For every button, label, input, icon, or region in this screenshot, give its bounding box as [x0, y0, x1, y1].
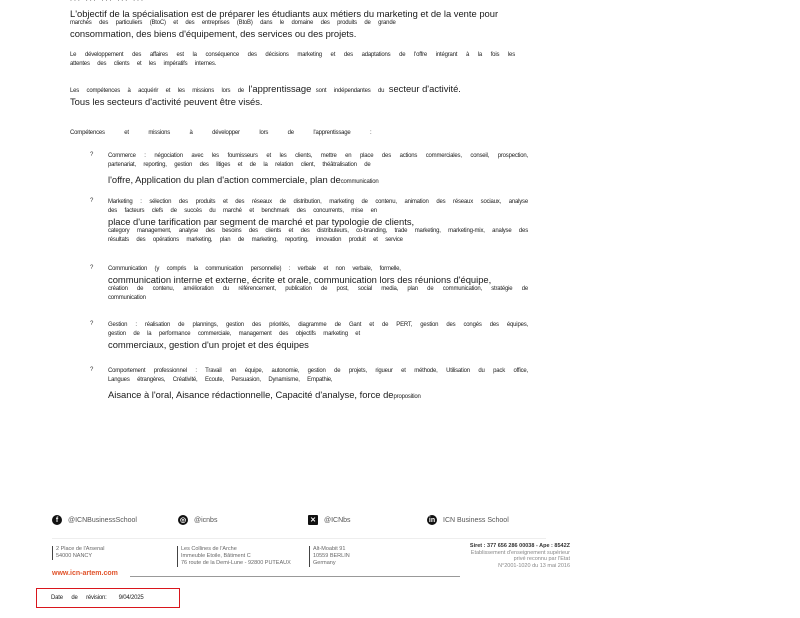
- website-divider: [130, 576, 460, 577]
- social-instagram[interactable]: ◎ @icnbs: [178, 515, 217, 525]
- bullet-text-large: Aisance à l'oral, Aisance rédactionnelle…: [108, 389, 394, 400]
- skills-paragraph: Les compétences à acquérir et les missio…: [70, 82, 515, 107]
- intro-line-1: L'objectif de la spécialisation est de p…: [70, 8, 515, 19]
- address-berlin: Alt-Moabit 91 10559 BERLIN Germany: [309, 546, 350, 567]
- bullet-text-2: category management, analyse des besoins…: [108, 227, 528, 245]
- bullet-text-tail: proposition: [394, 394, 421, 400]
- bullet-mark: ?: [90, 152, 93, 158]
- bullet-mark: ?: [90, 367, 93, 373]
- bullet-text-large: commerciaux, gestion d'un projet et des …: [108, 339, 528, 350]
- skills-text-1: Les compétences à acquérir et les missio…: [70, 88, 244, 94]
- address-line: Immeuble Etoile, Bâtiment C: [181, 553, 291, 560]
- footer-divider: [52, 538, 546, 539]
- facebook-icon: f: [52, 515, 62, 525]
- intro-line-3: consommation, des biens d'équipement, de…: [70, 28, 515, 39]
- legal-line: N°2001-1020 du 13 mai 2016: [440, 563, 570, 570]
- revision-label: Date de révision:: [51, 595, 107, 601]
- bullet-text-tail: communication: [341, 179, 379, 185]
- social-x[interactable]: ✕ @ICNbs: [308, 515, 351, 525]
- bullet-text: Gestion : réalisation de plannings, gest…: [108, 321, 528, 339]
- legal-line: Etablissement d'enseignement supérieur: [440, 550, 570, 557]
- bullet-text: Comportement professionnel : Travail en …: [108, 367, 528, 385]
- bullet-mark: ?: [90, 198, 93, 204]
- bullet-marketing: ? Marketing : sélection des produits et …: [90, 198, 530, 245]
- address-line: Germany: [313, 560, 350, 567]
- bullet-text-large: l'offre, Application du plan d'action co…: [108, 174, 341, 185]
- bullet-text: Communication (y compris la communicatio…: [108, 265, 528, 274]
- business-paragraph: Le développement des affaires est la con…: [70, 51, 515, 69]
- linkedin-icon: in: [427, 515, 437, 525]
- bullet-text-2: création de contenu, amélioration du réf…: [108, 285, 528, 303]
- legal-line: privé reconnu par l'Etat: [440, 556, 570, 563]
- bullet-text: Commerce : négociation avec les fourniss…: [108, 152, 528, 170]
- instagram-icon: ◎: [178, 515, 188, 525]
- legal-siret: Siret : 377 656 286 00038 - Ape : 8542Z: [440, 543, 570, 550]
- address-nancy: 2 Place de l'Arsenal 54000 NANCY: [52, 546, 104, 560]
- social-handle: @ICNbs: [324, 517, 351, 524]
- x-icon: ✕: [308, 515, 318, 525]
- bullet-mark: ?: [90, 321, 93, 327]
- bullet-gestion: ? Gestion : réalisation de plannings, ge…: [90, 321, 530, 350]
- legal-info: Siret : 377 656 286 00038 - Ape : 8542Z …: [440, 543, 570, 569]
- intro-paragraph: L'objectif de la spécialisation est de p…: [70, 8, 515, 39]
- bullet-mark: ?: [90, 265, 93, 271]
- website-link[interactable]: www.icn-artem.com: [52, 570, 118, 577]
- skills-text-3: sont indépendantes du: [316, 88, 385, 94]
- address-line: 2 Place de l'Arsenal: [56, 546, 104, 553]
- social-links: f @ICNBusinessSchool ◎ @icnbs ✕ @ICNbs i…: [52, 515, 552, 529]
- bullet-text-large: communication interne et externe, écrite…: [108, 274, 528, 285]
- bullet-text: Marketing : sélection des produits et de…: [108, 198, 528, 216]
- address-line: Alt-Moabit 91: [313, 546, 350, 553]
- address-line: 10559 BERLIN: [313, 553, 350, 560]
- bullet-communication: ? Communication (y compris la communicat…: [90, 265, 530, 303]
- social-linkedin[interactable]: in ICN Business School: [427, 515, 509, 525]
- bullet-comportement: ? Comportement professionnel : Travail e…: [90, 367, 530, 403]
- skills-text-4: secteur d'activité.: [389, 83, 461, 94]
- skills-line-2: Tous les secteurs d'activité peuvent êtr…: [70, 96, 515, 107]
- social-facebook[interactable]: f @ICNBusinessSchool: [52, 515, 137, 525]
- competences-heading: Compétences et missions à développer lor…: [70, 130, 372, 136]
- address-line: 54000 NANCY: [56, 553, 104, 560]
- skills-text-2: l'apprentissage: [249, 83, 312, 94]
- bullet-text-large: place d'une tarification par segment de …: [108, 216, 528, 227]
- address-line: Les Collines de l'Arche: [181, 546, 291, 553]
- revision-box: Date de révision: 9/04/2025: [36, 588, 180, 608]
- revision-date: 9/04/2025: [119, 595, 144, 601]
- social-handle: @icnbs: [194, 517, 217, 524]
- social-handle: @ICNBusinessSchool: [68, 517, 137, 524]
- social-handle: ICN Business School: [443, 517, 509, 524]
- address-puteaux: Les Collines de l'Arche Immeuble Etoile,…: [177, 546, 291, 567]
- intro-line-2: marchés des particuliers (BtoC) et des e…: [70, 19, 515, 28]
- address-line: 76 route de la Demi-Lune - 92800 PUTEAUX: [181, 560, 291, 567]
- bullet-commerce: ? Commerce : négociation avec les fourni…: [90, 152, 530, 188]
- page-top-fragment: ... ... ... ... ...: [70, 0, 510, 2]
